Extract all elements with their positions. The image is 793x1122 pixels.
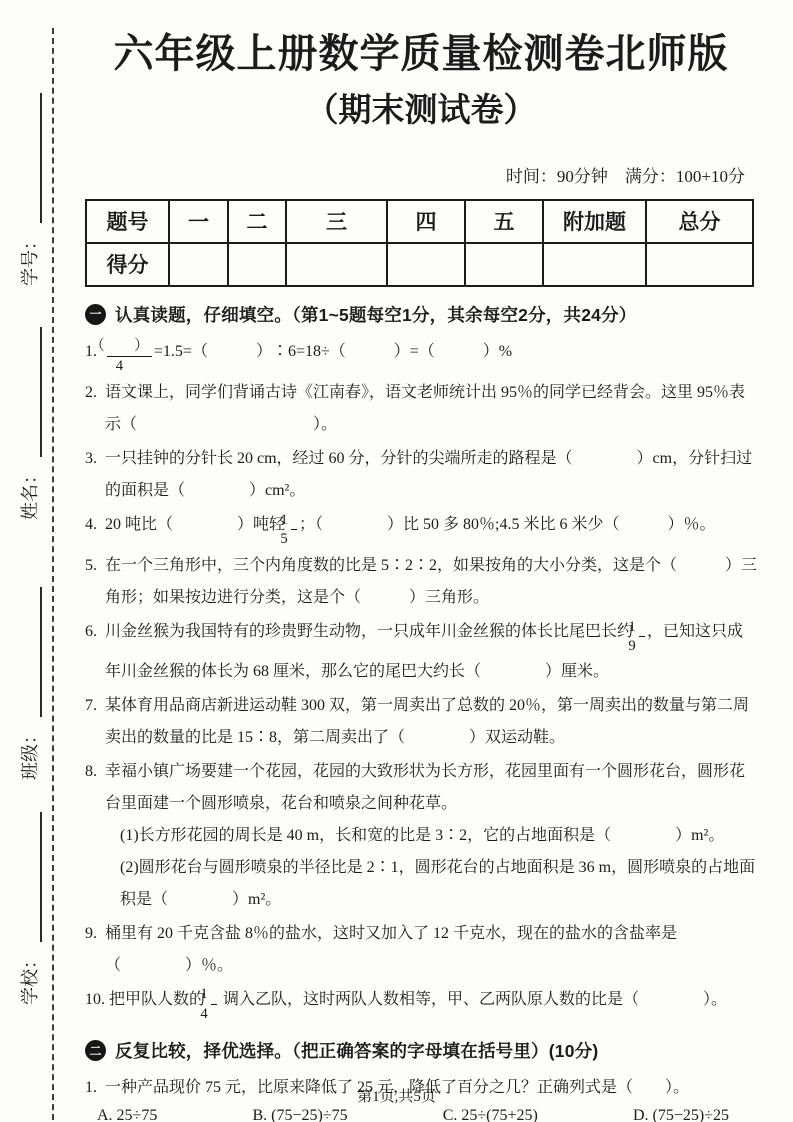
student-number-blank-line [25,93,42,223]
score-table-corner: 题号 [86,200,169,243]
fraction: 19 [639,618,645,656]
option-b: B. (75−25)÷75 [252,1107,347,1122]
score-col-total: 总分 [646,200,753,243]
page-number: 第1页,共5页 [0,1085,793,1106]
question-number: 2. [85,377,101,409]
section-1-title: 认真读题，仔细填空。（第1~5题每空1分，其余每空2分，共24分） [115,302,636,327]
option-c: C. 25÷(75+25) [443,1107,538,1122]
score-cell-total [646,243,753,286]
content-column: 六年级上册数学质量检测卷北师版 （期末测试卷） 时间：90分钟 满分：100+1… [85,30,757,1122]
question-1-10: 10. 把甲队人数的 14 调入乙队，这时两队人数相等，甲、乙两队原人数的比是（… [85,984,757,1023]
section-1-questions: 1. （ ）4=1.5=（ ）∶6=18÷（ ）=（ ）%2. 语文课上，同学们… [85,336,757,1023]
sub-question-2: (2)圆形花台与圆形喷泉的半径比是 2∶1，圆形花台的占地面积是 36 m，圆形… [105,852,757,916]
score-row-label: 得分 [86,243,169,286]
question-1-3: 3. 一只挂钟的分针长 20 cm，经过 60 分，分针的尖端所走的路程是（ ）… [85,443,757,507]
question-number: 4. [85,509,101,541]
section-2-badge: 二 [85,1040,106,1061]
question-1-7: 7. 某体育用品商店新进运动鞋 300 双，第一周卖出了总数的 20％，第一周卖… [85,690,757,754]
question-number: 5. [85,550,101,582]
fraction: 15 [291,511,297,549]
score-table: 题号 一 二 三 四 五 附加题 总分 得分 [85,199,754,287]
score-col-3: 三 [286,200,387,243]
question-number: 8. [85,756,101,788]
question-number: 6. [85,616,101,648]
score-col-5: 五 [465,200,543,243]
sub-question-1: (1)长方形花园的周长是 40 m，长和宽的比是 3∶2，它的占地面积是（ ）m… [105,820,757,852]
exam-meta: 时间：90分钟 满分：100+10分 [85,162,757,187]
question-1-4: 4. 20 吨比（ ）吨轻 15；（ ）比 50 多 80％;4.5 米比 6 … [85,509,757,548]
school-label: 学校： [16,951,42,1005]
section-1: 一 认真读题，仔细填空。（第1~5题每空1分，其余每空2分，共24分） 1. （… [85,302,757,1023]
score-cell-1 [169,243,228,286]
question-number: 10. [85,984,105,1016]
score-cell-4 [387,243,465,286]
question-1-5: 5. 在一个三角形中，三个内角度数的比是 5∶2∶2，如果按角的大小分类，这是个… [85,550,757,614]
score-col-extra: 附加题 [543,200,646,243]
question-1-8: 8. 幸福小镇广场要建一个花园，花园的大致形状为长方形，花园里面有一个圆形花台，… [85,756,757,916]
choice-options-row: A. 25÷75 B. (75−25)÷75 C. 25÷(75+25) D. … [85,1107,757,1122]
fraction: 14 [211,985,217,1023]
question-1-2: 2. 语文课上，同学们背诵古诗《江南春》，语文老师统计出 95％的同学已经背会。… [85,377,757,441]
exam-page: 学号： 姓名： 班级： 学校： 六年级上册数学质量检测卷北师版 （期末测试卷） … [0,0,793,1122]
question-1-1: 1. （ ）4=1.5=（ ）∶6=18÷（ ）=（ ）% [85,336,757,375]
score-table-score-row: 得分 [86,243,753,286]
question-number: 3. [85,443,101,475]
section-2: 二 反复比较，择优选择。（把正确答案的字母填在括号里）(10分) 1. 一种产品… [85,1038,757,1122]
student-number-label: 学号： [16,232,42,286]
question-number: 7. [85,690,101,722]
score-cell-3 [286,243,387,286]
section-2-title: 反复比较，择优选择。（把正确答案的字母填在括号里）(10分) [115,1038,598,1063]
class-label: 班级： [16,726,42,780]
section-1-badge: 一 [85,304,106,325]
score-col-4: 四 [387,200,465,243]
question-1-6: 6. 川金丝猴为我国特有的珍贵野生动物，一只成年川金丝猴的体长比尾巴长约 19，… [85,616,757,687]
school-field: 学校： [18,789,42,1005]
student-name-field: 姓名： [18,304,42,520]
student-name-label: 姓名： [16,466,42,520]
student-number-field: 学号： [18,70,42,286]
section-2-header: 二 反复比较，择优选择。（把正确答案的字母填在括号里）(10分) [85,1038,757,1063]
page-subtitle: （期末测试卷） [85,92,757,132]
section-1-header: 一 认真读题，仔细填空。（第1~5题每空1分，其余每空2分，共24分） [85,302,757,327]
option-a: A. 25÷75 [97,1107,157,1122]
score-cell-2 [228,243,286,286]
tear-dashed-line [52,28,54,1122]
option-d: D. (75−25)÷25 [633,1107,729,1122]
score-col-1: 一 [169,200,228,243]
question-number: 9. [85,918,101,950]
question-1-9: 9. 桶里有 20 千克含盐 8％的盐水，这时又加入了 12 千克水，现在的盐水… [85,918,757,982]
student-name-blank-line [25,327,42,457]
page-title: 六年级上册数学质量检测卷北师版 [85,30,757,78]
class-field: 班级： [18,564,42,780]
score-table-header-row: 题号 一 二 三 四 五 附加题 总分 [86,200,753,243]
score-cell-extra [543,243,646,286]
school-blank-line [25,812,42,942]
fraction: （ ）4 [107,337,152,375]
class-blank-line [25,587,42,717]
score-col-2: 二 [228,200,286,243]
score-cell-5 [465,243,543,286]
